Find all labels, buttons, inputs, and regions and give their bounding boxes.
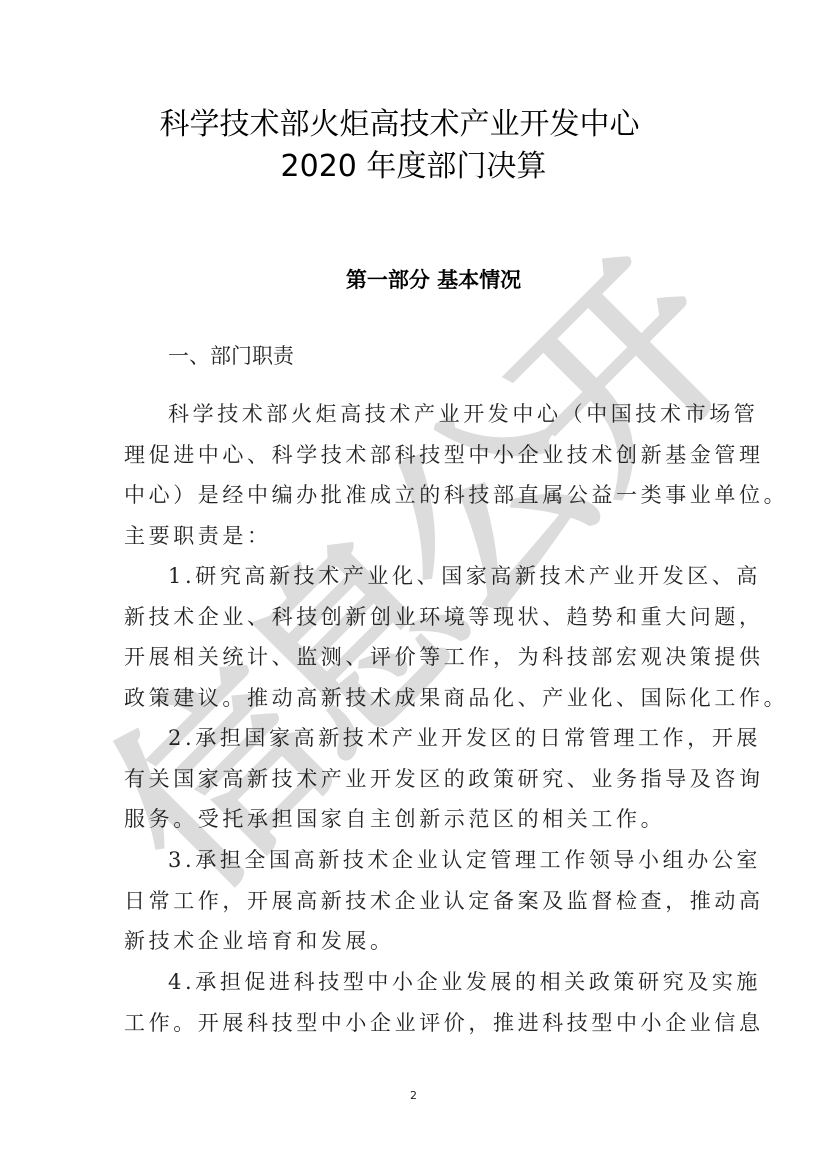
paragraph-duty-3: 3.承担全国高新技术企业认定管理工作领导小组办公室 日常工作，开展高新技术企业认… (124, 840, 704, 962)
text-line: 政策建议。推动高新技术成果商品化、产业化、国际化工作。 (124, 678, 704, 719)
sub-heading-department-duties: 一、部门职责 (168, 340, 294, 370)
text-line: 开展相关统计、监测、评价等工作，为科技部宏观决策提供 (124, 637, 704, 678)
text-line: 中心）是经中编办批准成立的科技部直属公益一类事业单位。 (124, 475, 704, 516)
paragraph-duty-4: 4.承担促进科技型中小企业发展的相关政策研究及实施 工作。开展科技型中小企业评价… (124, 962, 704, 1043)
text-line: 新技术企业培育和发展。 (124, 921, 704, 962)
text-line: 4.承担促进科技型中小企业发展的相关政策研究及实施 (124, 962, 704, 1003)
text-line: 工作。开展科技型中小企业评价，推进科技型中小企业信息 (124, 1003, 704, 1044)
text-line: 日常工作，开展高新技术企业认定备案及监督检查，推动高 (124, 881, 704, 922)
page-number: 2 (0, 1089, 827, 1102)
document-title-line2: 2020 年度部门决算 (0, 152, 827, 182)
text-line: 有关国家高新技术产业开发区的政策研究、业务指导及咨询 (124, 759, 704, 800)
text-line: 2.承担国家高新技术产业开发区的日常管理工作，开展 (124, 718, 704, 759)
text-line: 1.研究高新技术产业化、国家高新技术产业开发区、高 (124, 556, 704, 597)
text-line: 3.承担全国高新技术企业认定管理工作领导小组办公室 (124, 840, 704, 881)
paragraph-intro: 科学技术部火炬高技术产业开发中心（中国技术市场管 理促进中心、科学技术部科技型中… (124, 394, 704, 556)
text-line: 科学技术部火炬高技术产业开发中心（中国技术市场管 (124, 394, 704, 435)
text-line: 理促进中心、科学技术部科技型中小企业技术创新基金管理 (124, 435, 704, 476)
text-line: 服务。受托承担国家自主创新示范区的相关工作。 (124, 799, 704, 840)
paragraph-duty-1: 1.研究高新技术产业化、国家高新技术产业开发区、高 新技术企业、科技创新创业环境… (124, 556, 704, 718)
section-heading: 第一部分 基本情况 (0, 264, 827, 294)
text-line: 主要职责是： (124, 516, 704, 557)
paragraph-duty-2: 2.承担国家高新技术产业开发区的日常管理工作，开展 有关国家高新技术产业开发区的… (124, 718, 704, 840)
document-title-line1: 科学技术部火炬高技术产业开发中心 (0, 110, 813, 140)
text-line: 新技术企业、科技创新创业环境等现状、趋势和重大问题， (124, 597, 704, 638)
